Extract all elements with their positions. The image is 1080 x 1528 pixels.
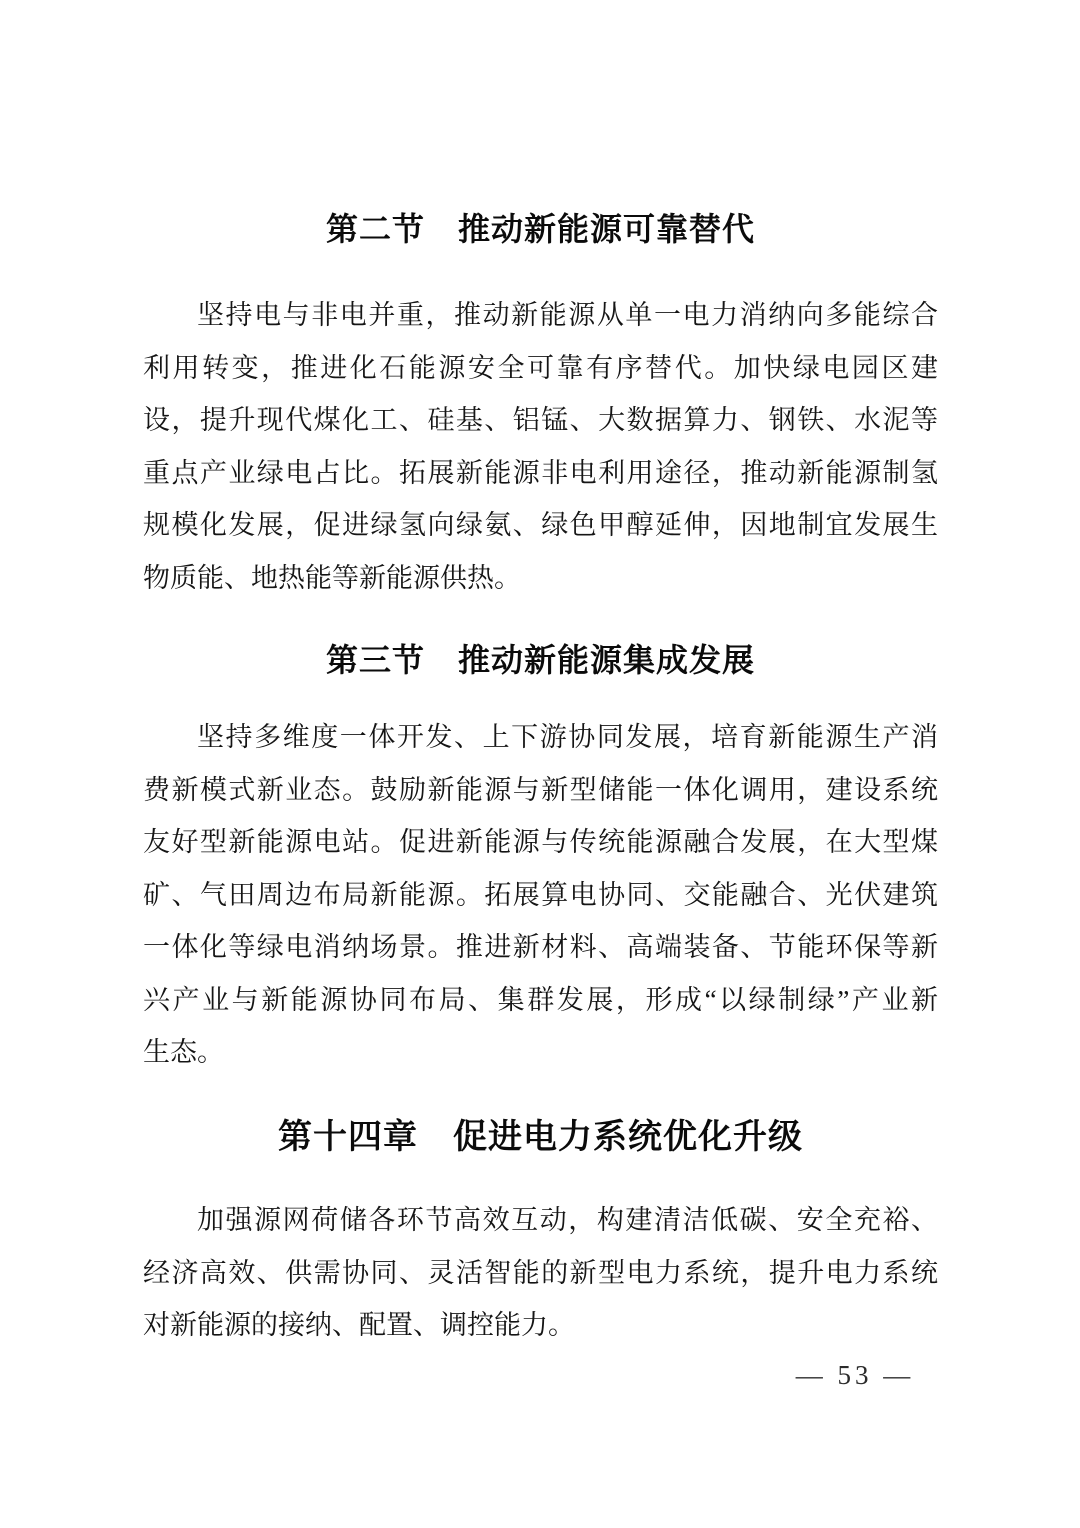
text-line: 规模化发展，促进绿氢向绿氨、绿色甲醇延伸，因地制宜发展生 [143,499,938,552]
text-line: 费新模式新业态。鼓励新能源与新型储能一体化调用，建设系统 [143,764,938,817]
text-line: 物质能、地热能等新能源供热。 [143,552,938,605]
text-line: 重点产业绿电占比。拓展新能源非电利用途径，推动新能源制氢 [143,447,938,500]
text-line: 坚持电与非电并重，推动新能源从单一电力消纳向多能综合 [143,289,938,342]
text-line: 矿、气田周边布局新能源。拓展算电协同、交能融合、光伏建筑 [143,869,938,922]
chapter-14-heading: 第十四章 促进电力系统优化升级 [143,1118,938,1158]
text-line: 坚持多维度一体开发、上下游协同发展，培育新能源生产消 [143,711,938,764]
page-number: — 53 — [790,1358,920,1392]
text-line: 加强源网荷储各环节高效互动，构建清洁低碳、安全充裕、 [143,1194,938,1247]
section-2-heading: 第二节 推动新能源可靠替代 [143,210,938,248]
paragraph-power-system-upgrade: 加强源网荷储各环节高效互动，构建清洁低碳、安全充裕、 经济高效、供需协同、灵活智… [143,1194,938,1352]
text-line: 经济高效、供需协同、灵活智能的新型电力系统，提升电力系统 [143,1247,938,1300]
text-line: 兴产业与新能源协同布局、集群发展，形成“以绿制绿”产业新 [143,974,938,1027]
text-line: 一体化等绿电消纳场景。推进新材料、高端装备、节能环保等新 [143,921,938,974]
text-line: 设，提升现代煤化工、硅基、铝锰、大数据算力、钢铁、水泥等 [143,394,938,447]
text-line: 生态。 [143,1026,938,1079]
paragraph-new-energy-substitution: 坚持电与非电并重，推动新能源从单一电力消纳向多能综合 利用转变，推进化石能源安全… [143,289,938,604]
paragraph-new-energy-integration: 坚持多维度一体开发、上下游协同发展，培育新能源生产消 费新模式新业态。鼓励新能源… [143,711,938,1079]
section-3-heading: 第三节 推动新能源集成发展 [143,641,938,679]
document-page: 第二节 推动新能源可靠替代 坚持电与非电并重，推动新能源从单一电力消纳向多能综合… [0,0,1080,1528]
text-line: 友好型新能源电站。促进新能源与传统能源融合发展，在大型煤 [143,816,938,869]
text-line: 利用转变，推进化石能源安全可靠有序替代。加快绿电园区建 [143,342,938,395]
text-line: 对新能源的接纳、配置、调控能力。 [143,1299,938,1352]
